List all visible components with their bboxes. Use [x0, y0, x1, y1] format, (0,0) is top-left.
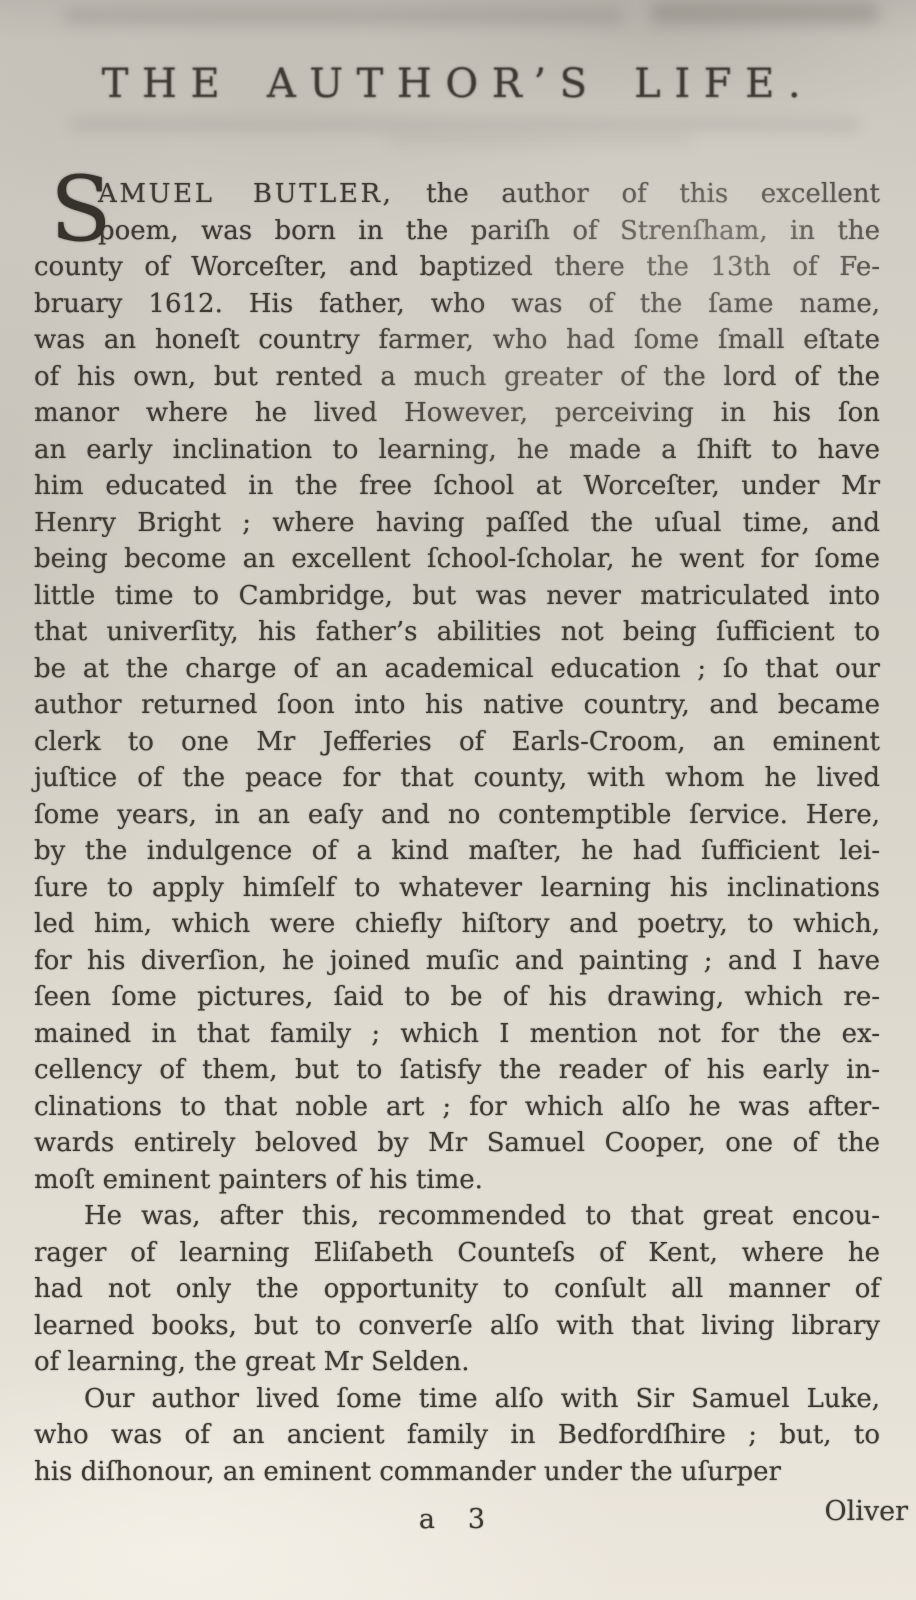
text-line: of learning, the great Mr Selden.: [34, 1344, 880, 1381]
book-page-scan: THE AUTHOR’S LIFE. SAMUEL BUTLER, the au…: [0, 0, 916, 1600]
show-through-smudge: [650, 2, 880, 24]
text-line: clinations to that noble art ; for which…: [34, 1089, 880, 1126]
text-line: him educated in the free ſchool at Worce…: [34, 468, 880, 505]
text-line: by the indulgence of a kind maſter, he h…: [34, 833, 880, 870]
text-line: had not only the opportunity to conſult …: [34, 1271, 880, 1308]
text-line: He was, after this, recommended to that …: [34, 1198, 880, 1235]
text-line: AMUEL BUTLER, the author of this excelle…: [34, 176, 880, 213]
text-line: an early inclination to learning, he mad…: [34, 432, 880, 469]
page-content: THE AUTHOR’S LIFE. SAMUEL BUTLER, the au…: [0, 58, 916, 1490]
text-line: ſure to apply himſelf to whatever learni…: [34, 870, 880, 907]
dropcap-letter: S: [50, 171, 112, 249]
text-line: who was of an ancient family in Bedfordſ…: [34, 1417, 880, 1454]
body-text: SAMUEL BUTLER, the author of this excell…: [0, 176, 916, 1490]
text-line: clerk to one Mr Jefferies of Earls-Croom…: [34, 724, 880, 761]
text-line: cellency of them, but to ſatisfy the rea…: [34, 1052, 880, 1089]
show-through-smudge: [64, 8, 624, 24]
paragraph: Our author lived ſome time alſo with Sir…: [34, 1381, 880, 1491]
text-line: ſeen ſome pictures, ſaid to be of his dr…: [34, 979, 880, 1016]
text-line: bruary 1612. His father, who was of the …: [34, 286, 880, 323]
text-line: Our author lived ſome time alſo with Sir…: [34, 1381, 880, 1418]
text-line: of his own, but rented a much greater of…: [34, 359, 880, 396]
text-line: was an honeſt country farmer, who had ſo…: [34, 322, 880, 359]
text-line: moſt eminent painters of his time.: [34, 1162, 880, 1199]
lead-small-caps: AMUEL BUTLER,: [98, 179, 394, 209]
text-line: Henry Bright ; where having paſſed the u…: [34, 505, 880, 542]
text-line: poem, was born in the pariſh of Strenſha…: [34, 213, 880, 250]
text-line: juſtice of the peace for that county, wi…: [34, 760, 880, 797]
text-line: wards entirely beloved by Mr Samuel Coop…: [34, 1125, 880, 1162]
text-line: manor where he lived However, perceiving…: [34, 395, 880, 432]
paragraph: He was, after this, recommended to that …: [34, 1198, 880, 1381]
text-line: mained in that family ; which I mention …: [34, 1016, 880, 1053]
text-line: author returned ſoon into his native cou…: [34, 687, 880, 724]
text-line: little time to Cambridge, but was never …: [34, 578, 880, 615]
text-line: led him, which were chiefly hiſtory and …: [34, 906, 880, 943]
page-title: THE AUTHOR’S LIFE.: [0, 58, 916, 110]
text-line: being become an excellent ſchool-ſcholar…: [34, 541, 880, 578]
text-line: county of Worceſter, and baptized there …: [34, 249, 880, 286]
text-line: be at the charge of an academical educat…: [34, 651, 880, 688]
text-line: for his diverſion, he joined muſic and p…: [34, 943, 880, 980]
text-line: ſome years, in an eaſy and no contemptib…: [34, 797, 880, 834]
text-line: that univerſity, his father’s abilities …: [34, 614, 880, 651]
text-line: learned books, but to converſe alſo with…: [34, 1308, 880, 1345]
paragraph: SAMUEL BUTLER, the author of this excell…: [34, 176, 880, 1198]
text-line: his diſhonour, an eminent commander unde…: [34, 1454, 880, 1491]
text-line: rager of learning Eliſabeth Counteſs of …: [34, 1235, 880, 1272]
catchword: Oliver: [824, 1496, 908, 1527]
signature-mark: a 3: [419, 1504, 497, 1535]
